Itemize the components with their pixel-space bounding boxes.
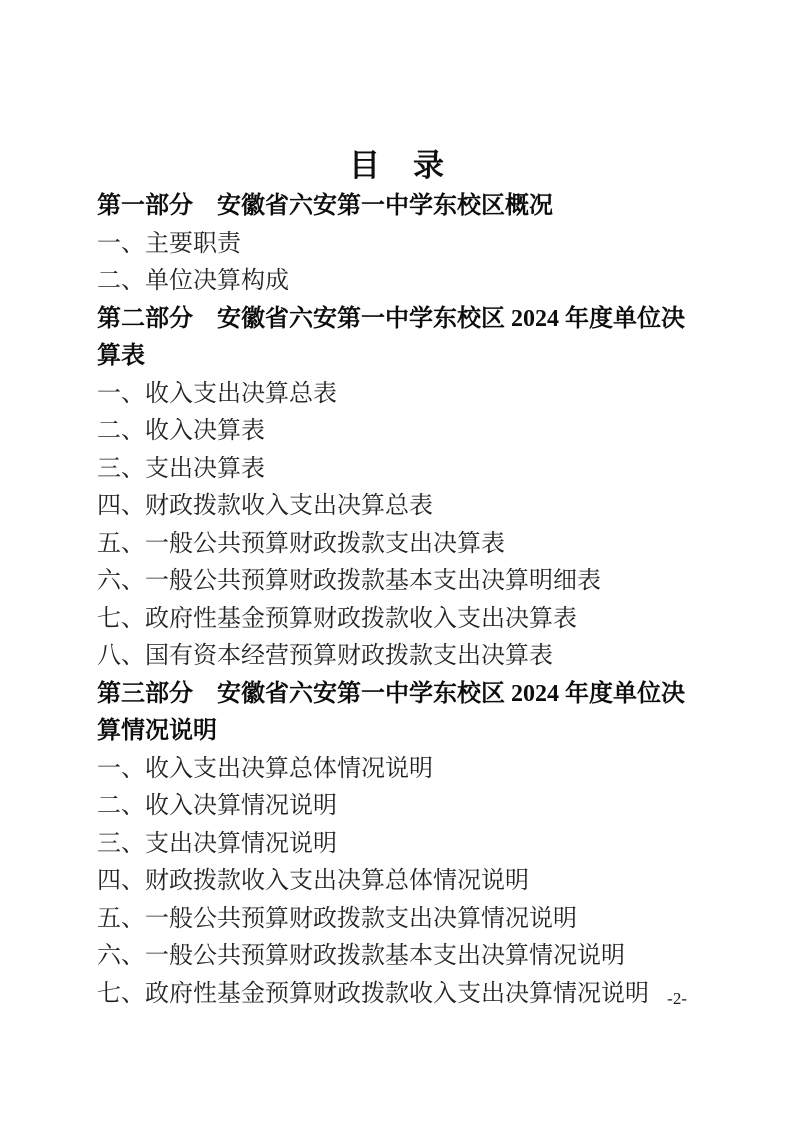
toc-item-3-2: 二、收入决算情况说明 (97, 788, 697, 826)
page-title: 目 录 (97, 143, 697, 188)
toc-item-2-7: 七、政府性基金预算财政拨款收入支出决算表 (97, 601, 697, 639)
toc-item-2-8: 八、国有资本经营预算财政拨款支出决算表 (97, 638, 697, 676)
toc-item-2-1: 一、收入支出决算总表 (97, 376, 697, 414)
document-page: 目 录 第一部分 安徽省六安第一中学东校区概况 一、主要职责 二、单位决算构成 … (0, 0, 793, 1122)
section-1-heading: 第一部分 安徽省六安第一中学东校区概况 (97, 188, 697, 226)
toc-item-3-3: 三、支出决算情况说明 (97, 826, 697, 864)
toc-item-1-1: 一、主要职责 (97, 226, 697, 264)
toc-content: 目 录 第一部分 安徽省六安第一中学东校区概况 一、主要职责 二、单位决算构成 … (97, 143, 697, 1013)
section-3-heading-line-1: 第三部分 安徽省六安第一中学东校区 2024 年度单位决 (97, 676, 697, 714)
toc-item-2-6: 六、一般公共预算财政拨款基本支出决算明细表 (97, 563, 697, 601)
toc-item-3-6: 六、一般公共预算财政拨款基本支出决算情况说明 (97, 938, 697, 976)
section-2-heading-line-1: 第二部分 安徽省六安第一中学东校区 2024 年度单位决 (97, 301, 697, 339)
toc-item-1-2: 二、单位决算构成 (97, 263, 697, 301)
toc-item-3-4: 四、财政拨款收入支出决算总体情况说明 (97, 863, 697, 901)
toc-item-2-4: 四、财政拨款收入支出决算总表 (97, 488, 697, 526)
section-2-heading-line-2: 算表 (97, 338, 697, 376)
toc-item-2-2: 二、收入决算表 (97, 413, 697, 451)
page-number: -2- (667, 989, 687, 1009)
toc-item-3-1: 一、收入支出决算总体情况说明 (97, 751, 697, 789)
toc-item-2-5: 五、一般公共预算财政拨款支出决算表 (97, 526, 697, 564)
toc-item-3-7: 七、政府性基金预算财政拨款收入支出决算情况说明 (97, 976, 697, 1014)
toc-item-3-5: 五、一般公共预算财政拨款支出决算情况说明 (97, 901, 697, 939)
section-3-heading-line-2: 算情况说明 (97, 713, 697, 751)
toc-item-2-3: 三、支出决算表 (97, 451, 697, 489)
